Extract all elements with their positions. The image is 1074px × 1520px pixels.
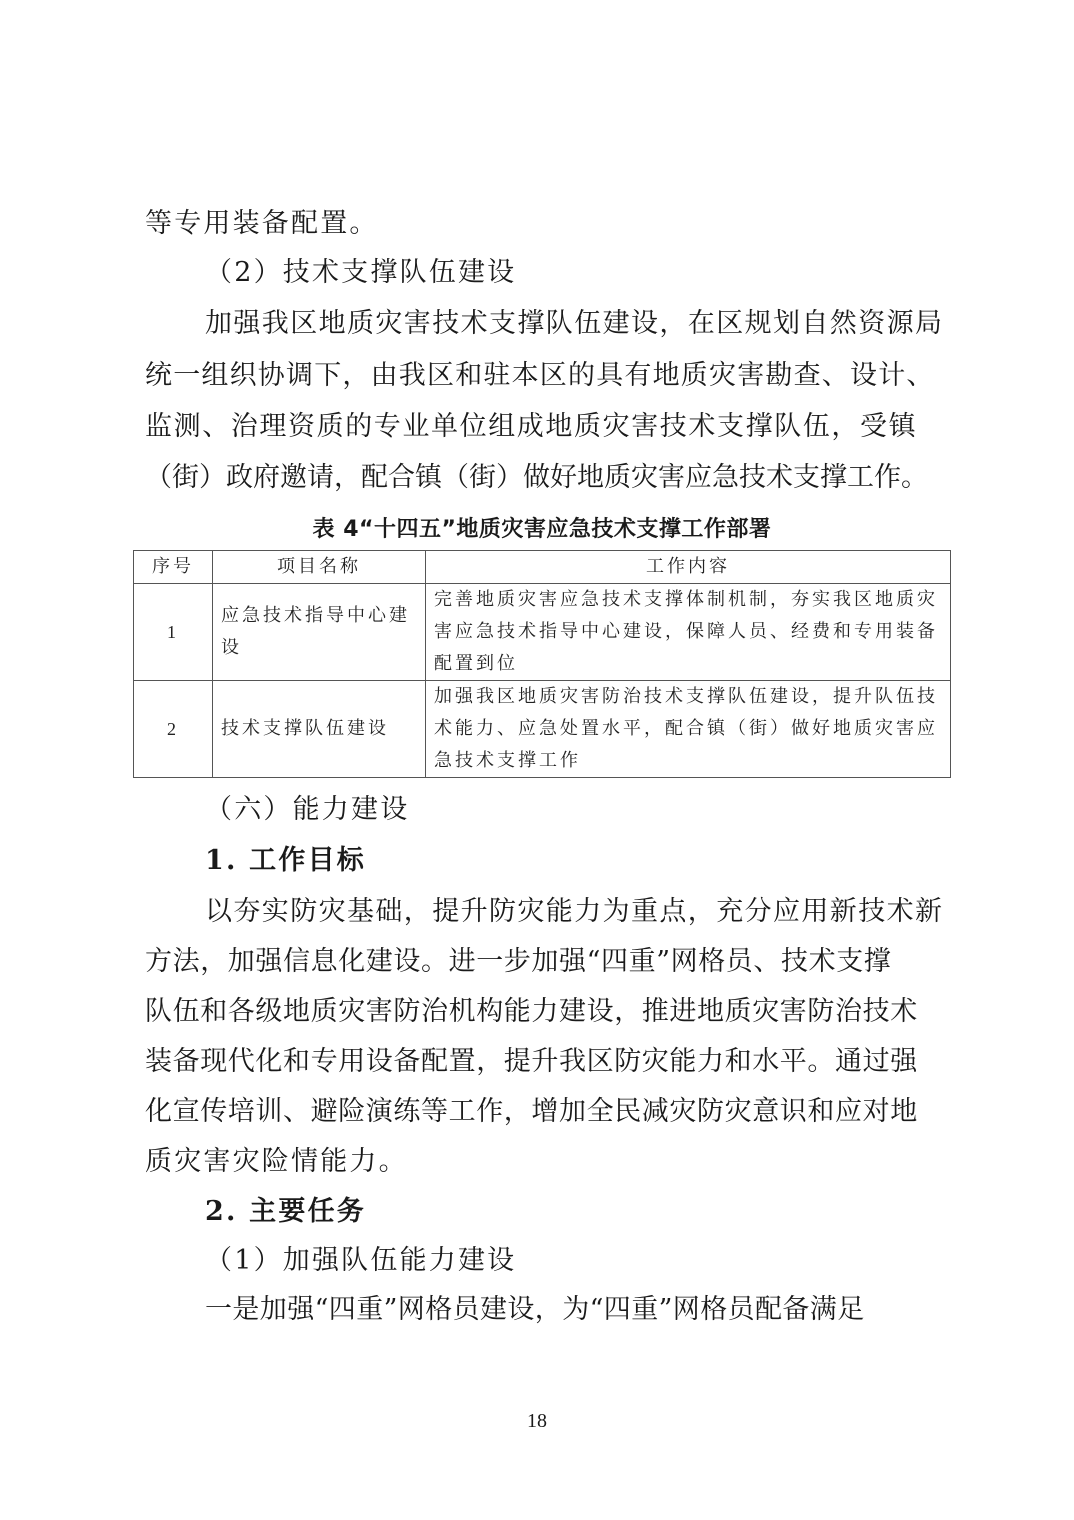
work-deployment-table: 序号 项目名称 工作内容 1 应急技术指导中心建设 完善地质灾害应急技术支撑体制…	[133, 550, 951, 778]
heading-work-goal: 1. 工作目标	[205, 845, 1005, 877]
paragraph-line: 装备现代化和专用设备配置，提升我区防灾能力和水平。通过强	[145, 1046, 945, 1078]
page-number: 18	[0, 1410, 1074, 1433]
paragraph-line: 一是加强“四重”网格员建设，为“四重”网格员配备满足	[205, 1294, 1005, 1326]
table-caption: 表 4“十四五”地质灾害应急技术支撑工作部署	[133, 515, 951, 545]
paragraph-line: （街）政府邀请，配合镇（街）做好地质灾害应急技术支撑工作。	[145, 462, 945, 494]
row-project-name: 应急技术指导中心建设	[213, 584, 426, 681]
heading-main-tasks: 2. 主要任务	[205, 1196, 1005, 1228]
table-row: 1 应急技术指导中心建设 完善地质灾害应急技术支撑体制机制，夯实我区地质灾害应急…	[134, 584, 951, 681]
subheading-team-capacity: （1）加强队伍能力建设	[205, 1245, 1005, 1277]
subheading-tech-support-team: （2）技术支撑队伍建设	[205, 257, 1005, 289]
header-work-content: 工作内容	[426, 551, 951, 584]
paragraph-line: 加强我区地质灾害技术支撑队伍建设，在区规划自然资源局	[205, 308, 1005, 340]
paragraph-line: 方法，加强信息化建设。进一步加强“四重”网格员、技术支撑	[145, 946, 945, 978]
table-row: 2 技术支撑队伍建设 加强我区地质灾害防治技术支撑队伍建设，提升队伍技术能力、应…	[134, 681, 951, 778]
section-heading-capacity: （六）能力建设	[205, 794, 1005, 826]
paragraph-line: 队伍和各级地质灾害防治机构能力建设，推进地质灾害防治技术	[145, 996, 945, 1028]
header-project-name: 项目名称	[213, 551, 426, 584]
paragraph-continuation: 等专用装备配置。	[145, 208, 945, 240]
row-index: 1	[134, 584, 213, 681]
paragraph-line: 监测、治理资质的专业单位组成地质灾害技术支撑队伍，受镇	[145, 411, 945, 443]
paragraph-line: 化宣传培训、避险演练等工作，增加全民减灾防灾意识和应对地	[145, 1096, 945, 1128]
paragraph-line: 以夯实防灾基础，提升防灾能力为重点，充分应用新技术新	[205, 896, 1005, 928]
row-project-name: 技术支撑队伍建设	[213, 681, 426, 778]
row-index: 2	[134, 681, 213, 778]
header-index: 序号	[134, 551, 213, 584]
paragraph-line: 质灾害灾险情能力。	[145, 1146, 945, 1178]
paragraph-line: 统一组织协调下，由我区和驻本区的具有地质灾害勘查、设计、	[145, 360, 945, 392]
row-work-content: 完善地质灾害应急技术支撑体制机制，夯实我区地质灾害应急技术指导中心建设，保障人员…	[426, 584, 951, 681]
row-work-content: 加强我区地质灾害防治技术支撑队伍建设，提升队伍技术能力、应急处置水平，配合镇（街…	[426, 681, 951, 778]
table-header-row: 序号 项目名称 工作内容	[134, 551, 951, 584]
